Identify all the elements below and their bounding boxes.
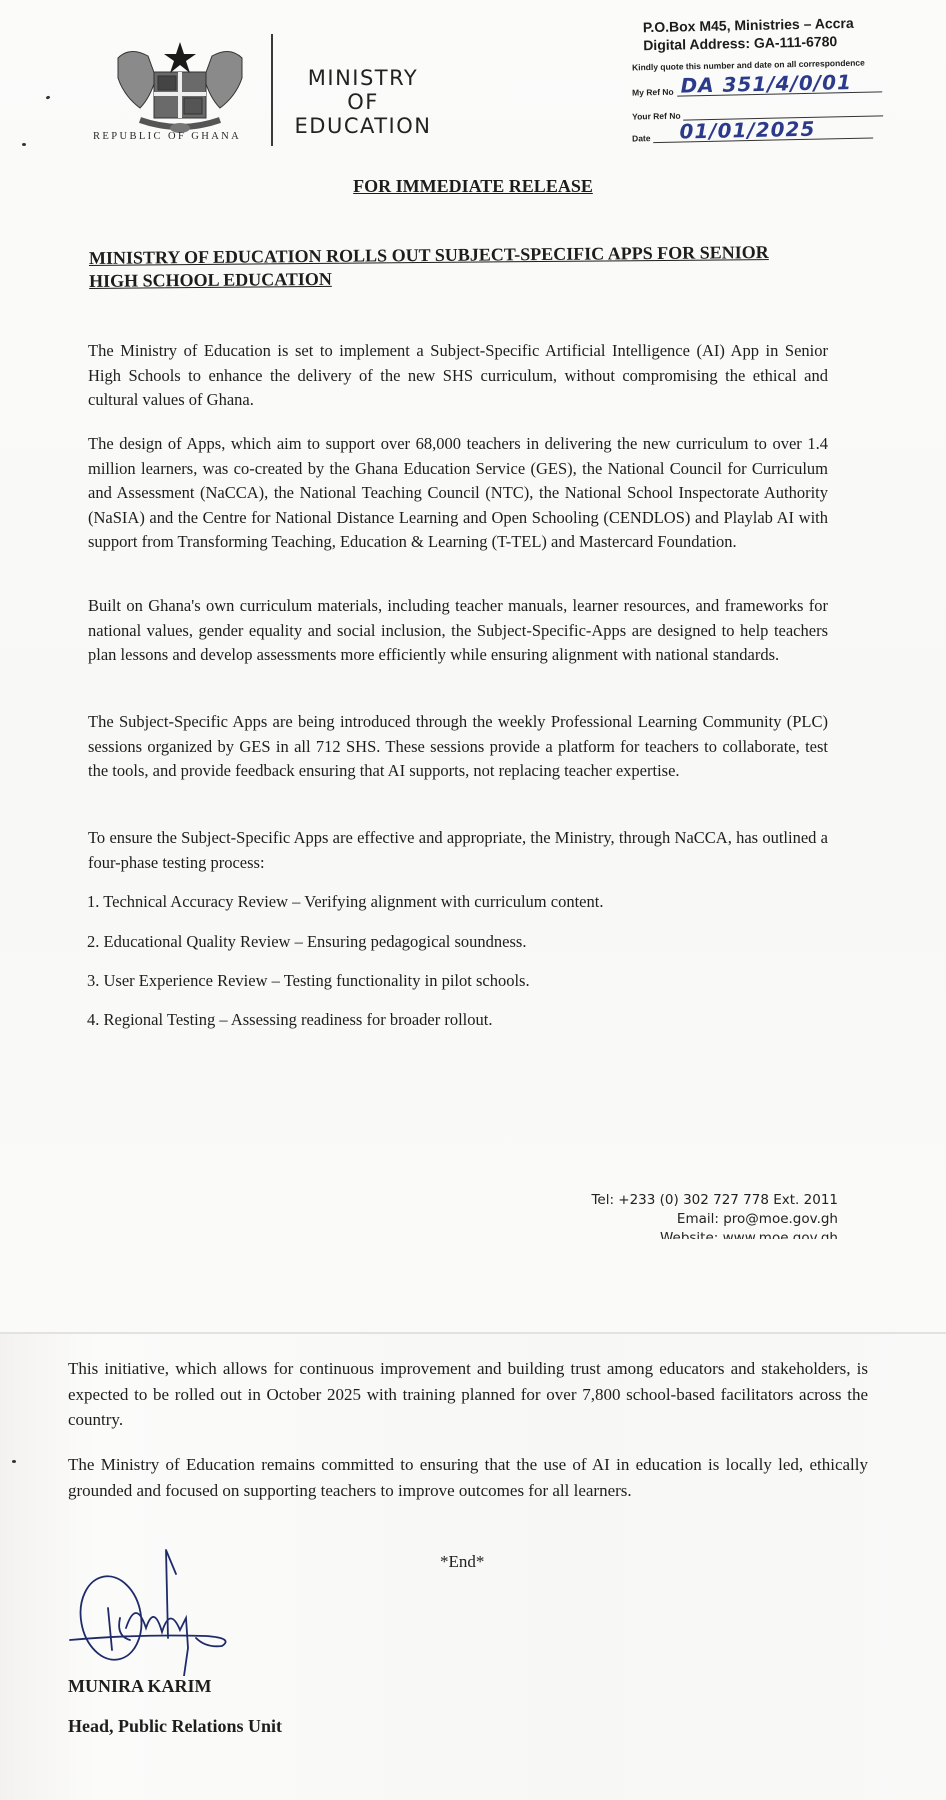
testing-phase-item: 4. Regional Testing – Assessing readines…	[87, 1010, 492, 1030]
ministry-name: MINISTRY OF EDUCATION	[278, 66, 448, 138]
signer-name: MUNIRA KARIM	[68, 1676, 212, 1697]
paper-speck	[12, 1460, 16, 1463]
body-paragraph: The design of Apps, which aim to support…	[88, 432, 828, 555]
testing-phase-item: 1. Technical Accuracy Review – Verifying…	[87, 892, 603, 912]
body-paragraph: This initiative, which allows for contin…	[68, 1356, 868, 1433]
body-paragraph: Built on Ghana's own curriculum material…	[88, 594, 828, 668]
ghana-coat-of-arms-icon	[110, 38, 250, 134]
ministry-address: P.O.Box M45, Ministries – Accra Digital …	[643, 14, 855, 54]
testing-phase-item: 2. Educational Quality Review – Ensuring…	[87, 932, 526, 952]
body-paragraph: To ensure the Subject-Specific Apps are …	[88, 826, 828, 875]
contact-telephone: Tel: +233 (0) 302 727 778 Ext. 2011	[560, 1191, 838, 1210]
contact-email: Email: pro@moe.gov.gh	[560, 1210, 838, 1229]
testing-phase-item: 3. User Experience Review – Testing func…	[87, 971, 530, 991]
paper-speck	[22, 143, 26, 146]
my-ref-field: My Ref No DA 351/4/0/01	[632, 73, 882, 97]
body-paragraph: The Ministry of Education is set to impl…	[88, 339, 828, 413]
body-paragraph: The Ministry of Education remains commit…	[68, 1452, 868, 1503]
press-release-headline: MINISTRY OF EDUCATION ROLLS OUT SUBJECT-…	[89, 241, 769, 293]
end-mark: *End*	[440, 1552, 484, 1572]
contact-website: Website: www.moe.gov.gh	[560, 1229, 838, 1239]
republic-of-ghana-caption: REPUBLIC OF GHANA	[93, 131, 241, 142]
signature-icon	[66, 1548, 246, 1676]
body-paragraph: The Subject-Specific Apps are being intr…	[88, 710, 828, 784]
contact-block: Tel: +233 (0) 302 727 778 Ext. 2011 Emai…	[560, 1191, 838, 1239]
date-value: 01/01/2025	[679, 117, 815, 144]
letterhead-divider	[271, 34, 273, 146]
my-ref-value: DA 351/4/0/01	[680, 70, 852, 98]
signer-title: Head, Public Relations Unit	[68, 1716, 282, 1737]
release-label: FOR IMMEDIATE RELEASE	[0, 176, 946, 197]
